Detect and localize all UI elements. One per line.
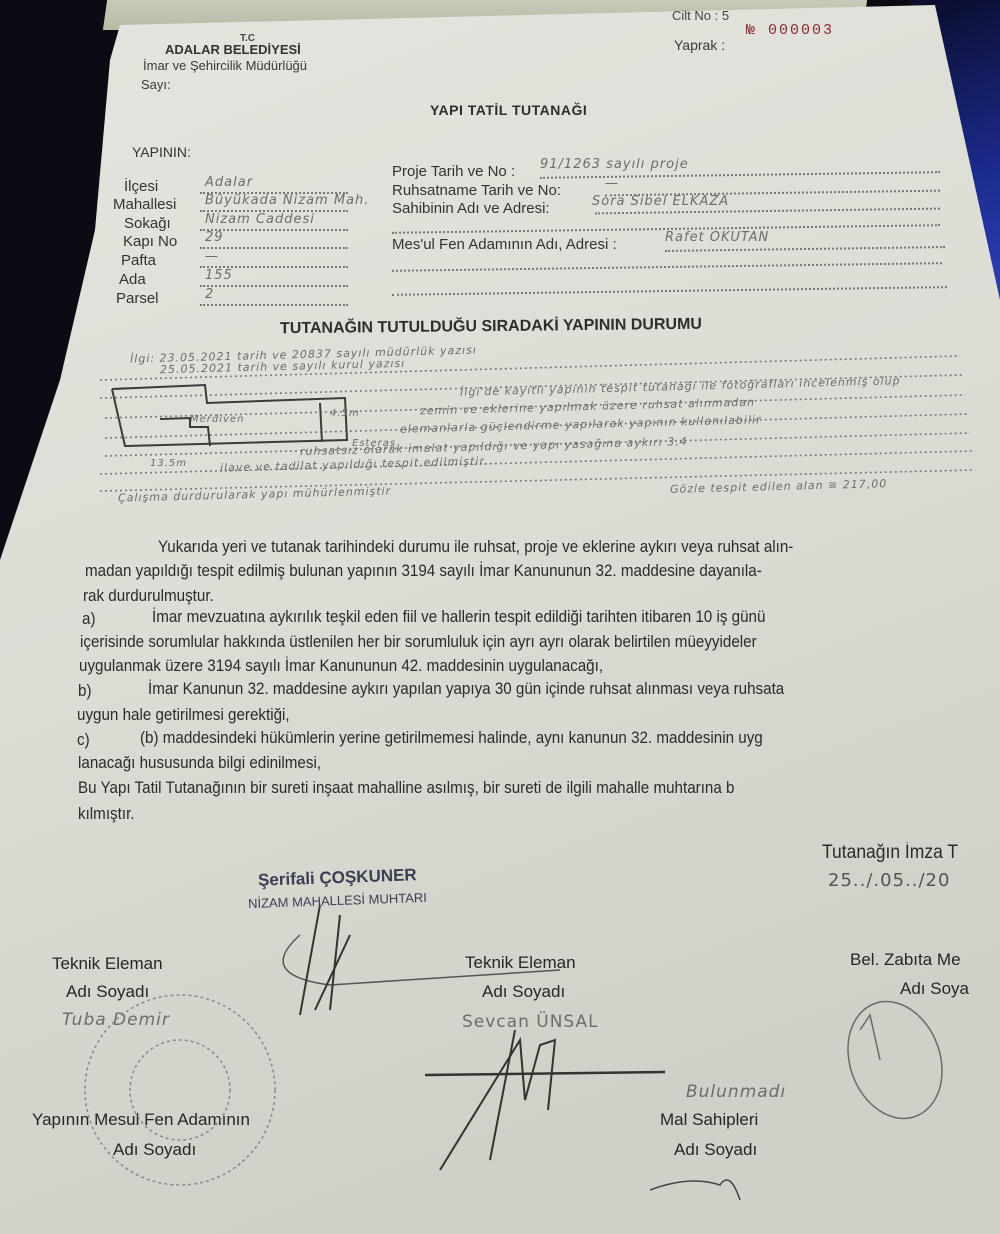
- sig-engineer-name-label: Adı Soyadı: [113, 1140, 196, 1160]
- sig-technical-1-role: Teknik Eleman: [52, 954, 163, 974]
- building-field-value: 2: [205, 287, 214, 302]
- sig-owners-role: Mal Sahipleri: [660, 1110, 758, 1130]
- building-field-label: Mahallesi: [113, 196, 176, 213]
- building-field-label: Ada: [119, 271, 146, 288]
- sig-technical-2-name-label: Adı Soyadı: [482, 982, 565, 1002]
- project-field-value: —: [605, 176, 619, 191]
- building-field-value: 29: [205, 230, 224, 245]
- sig-technical-1-handwritten: Tuba Demir: [62, 1010, 170, 1030]
- building-heading: YAPININ:: [132, 144, 191, 160]
- project-field-label: Sahibinin Adı ve Adresi:: [392, 200, 550, 217]
- building-field-value: Büyükada Nizam Mah.: [205, 193, 369, 208]
- sketch-label: Esteras: [352, 438, 396, 449]
- document-page: T.C ADALAR BELEDİYESİ İmar ve Şehircilik…: [0, 0, 1000, 1234]
- project-field-value: 91/1263 sayılı proje: [540, 157, 689, 172]
- sig-owners-handwritten: Bulunmadı: [686, 1082, 786, 1102]
- dotted-line: [200, 285, 348, 287]
- closing-line-1: Bu Yapı Tatil Tutanağının bir sureti inş…: [78, 779, 734, 798]
- dotted-line: [540, 171, 940, 179]
- sig-technical-2-handwritten: Sevcan ÜNSAL: [462, 1012, 599, 1032]
- dotted-line: [605, 190, 940, 197]
- project-field-value: Sora Sibel ELKAZA: [592, 194, 729, 209]
- item-a-line-2: içerisinde sorumlular hakkında üstlenile…: [80, 633, 757, 652]
- signature-date-label: Tutanağın İmza T: [822, 842, 958, 864]
- sketch-label: Merdiven: [190, 414, 244, 425]
- item-c-line-2: lanacağı hususunda bilgi edinilmesi,: [78, 754, 321, 773]
- item-a-line-1: İmar mevzuatına aykırılık teşkil eden fi…: [152, 608, 765, 627]
- dotted-line: [392, 262, 942, 272]
- dotted-line: [665, 246, 945, 252]
- building-field-label: Parsel: [116, 290, 159, 307]
- item-b-line-1: İmar Kanunun 32. maddesine aykırı yapıla…: [148, 680, 784, 699]
- building-field-value: Adalar: [205, 175, 253, 190]
- cilt-value: 5: [722, 8, 729, 23]
- building-field-label: İlçesi: [124, 178, 158, 195]
- item-a-marker: a): [82, 610, 95, 629]
- building-field-value: —: [205, 249, 219, 264]
- handwritten-line: elemanlarla güçlendirme yapılarak yapını…: [400, 413, 762, 435]
- serial-value: 000003: [768, 22, 834, 39]
- project-field-label: Proje Tarih ve No :: [392, 163, 515, 180]
- item-c-line-1: (b) maddesindeki hükümlerin yerine getir…: [140, 729, 763, 748]
- project-field-value: Rafet OKUTAN: [665, 230, 769, 245]
- sayi-label: Sayı:: [141, 77, 171, 92]
- directorate-name: İmar ve Şehircilik Müdürlüğü: [143, 58, 307, 73]
- intro-line-2: madan yapıldığı tespit edilmiş bulunan y…: [85, 562, 762, 581]
- serial-number: № 000003: [746, 22, 834, 39]
- item-b-marker: b): [78, 682, 91, 701]
- sig-police-name-label: Adı Soya: [900, 979, 969, 999]
- project-field-label: Mes'ul Fen Adamının Adı, Adresi :: [392, 236, 617, 253]
- yaprak-label: Yaprak :: [674, 37, 725, 53]
- status-heading: TUTANAĞIN TUTULDUĞU SIRADAKİ YAPININ DUR…: [280, 316, 702, 338]
- building-field-label: Pafta: [121, 252, 156, 269]
- building-field-label: Sokağı: [124, 215, 171, 232]
- project-field-label: Ruhsatname Tarih ve No:: [392, 182, 561, 199]
- municipality-name: ADALAR BELEDİYESİ: [165, 42, 301, 57]
- building-field-label: Kapı No: [123, 233, 177, 250]
- document-title: YAPI TATİL TUTANAĞI: [430, 102, 587, 118]
- dotted-line: [200, 247, 348, 249]
- sketch-label: 4.5m: [330, 408, 360, 419]
- building-field-value: Nizam Caddesi: [205, 212, 315, 227]
- dotted-line: [200, 304, 348, 306]
- item-b-line-2: uygun hale getirilmesi gerektiği,: [77, 706, 290, 725]
- handwritten-line: ilave ve tadilat yapıldığı tespit edilmi…: [220, 454, 489, 474]
- stamp-title: NİZAM MAHALLESİ MUHTARI: [248, 890, 427, 911]
- item-c-marker: c): [77, 731, 90, 750]
- sig-technical-1-name-label: Adı Soyadı: [66, 982, 149, 1002]
- serial-prefix: №: [746, 22, 757, 39]
- handwritten-line: Çalışma durdurularak yapı mühürlenmiştir: [118, 484, 391, 504]
- handwritten-line: Gözle tespit edilen alan ≅ 217,00: [670, 477, 888, 496]
- sig-engineer-role: Yapının Mesul Fen Adamının: [32, 1110, 250, 1130]
- item-a-line-3: uygulanmak üzere 3194 sayılı İmar Kanunu…: [79, 657, 603, 676]
- sketch-label: 13.5m: [150, 458, 187, 469]
- stamp-name: Şerifali ÇOŞKUNER: [258, 865, 417, 891]
- cilt-label: Cilt No :: [672, 8, 718, 23]
- sig-police-role: Bel. Zabıta Me: [850, 950, 961, 970]
- dotted-line: [392, 286, 947, 296]
- handwritten-line: İlgi'de kayıtlı yapının tespit tutanağı …: [460, 374, 901, 399]
- intro-line-3: rak durdurulmuştur.: [83, 587, 214, 606]
- signature-date-value: 25../.05../20: [828, 870, 950, 891]
- sig-technical-2-role: Teknik Eleman: [465, 953, 576, 973]
- building-field-value: 155: [205, 268, 233, 283]
- closing-line-2: kılmıştır.: [78, 805, 135, 824]
- cilt-no: Cilt No : 5: [672, 8, 729, 23]
- intro-line-1: Yukarıda yeri ve tutanak tarihindeki dur…: [158, 538, 793, 557]
- sig-owners-name-label: Adı Soyadı: [674, 1140, 757, 1160]
